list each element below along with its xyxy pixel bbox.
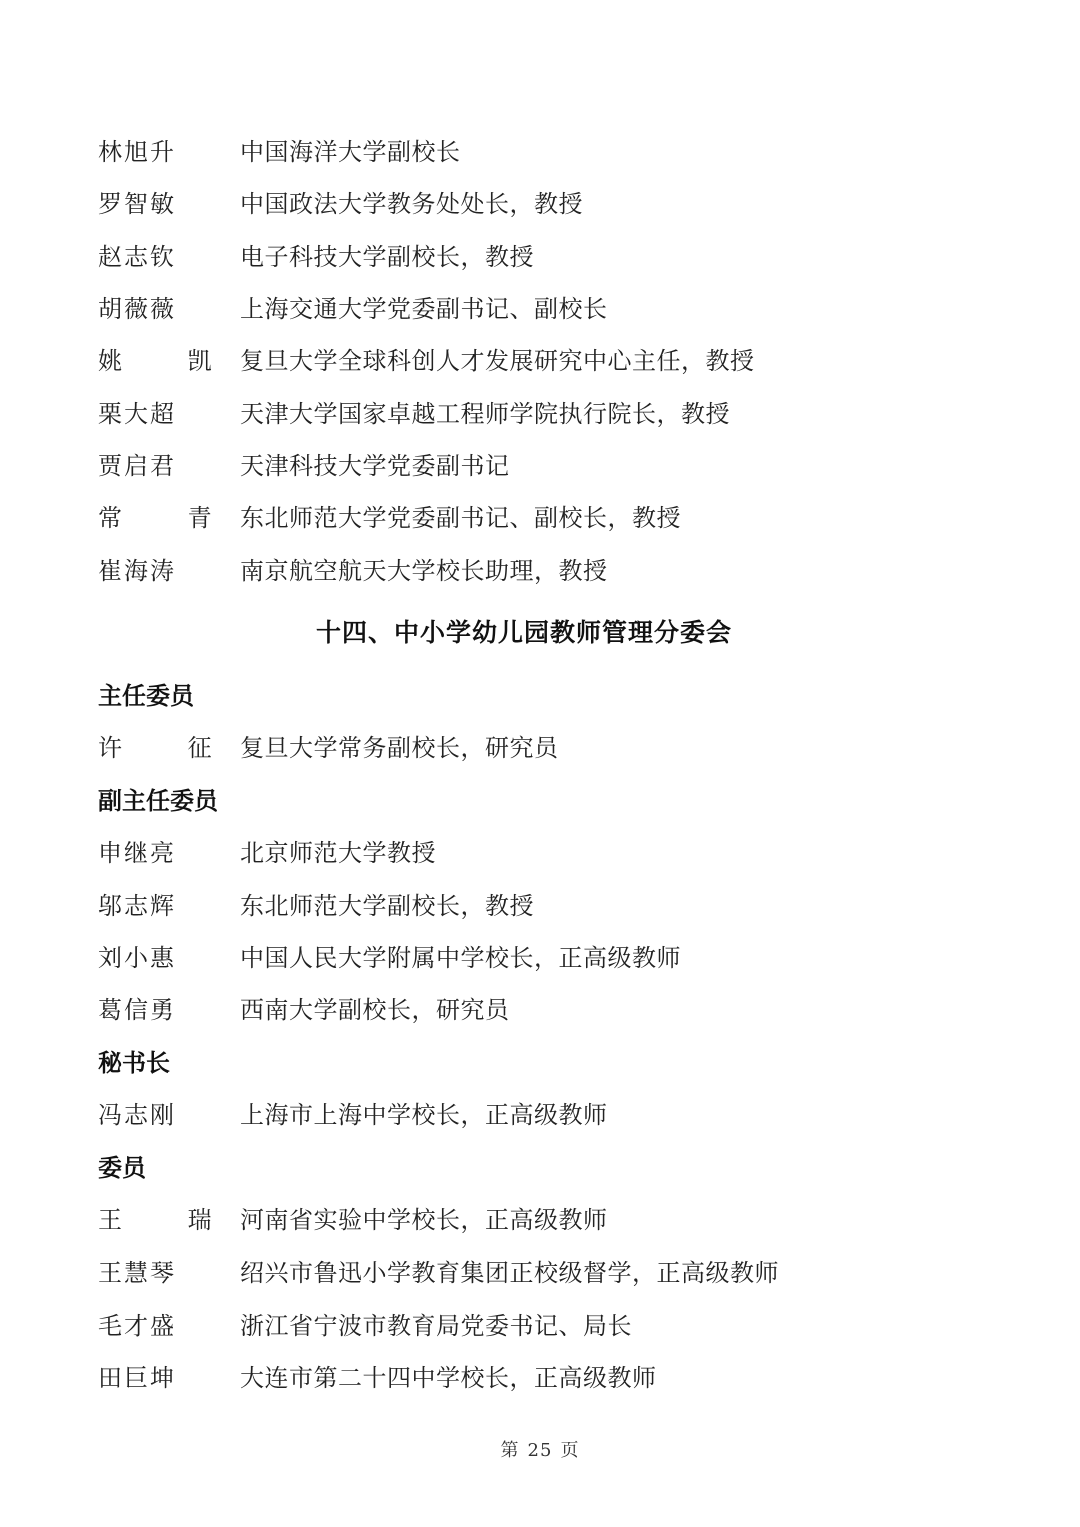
deputy-row: 申继亮 北京师范大学教授 — [98, 833, 436, 873]
member-row: 贾启君 天津科技大学党委副书记 — [98, 446, 510, 486]
member-row: 罗智敏 中国政法大学教务处处长，教授 — [98, 184, 583, 224]
member-row: 赵志钦 电子科技大学副校长，教授 — [98, 237, 534, 277]
member-name: 申继亮 — [98, 833, 240, 873]
member-name: 田巨坤 — [98, 1358, 240, 1398]
group-label-secretary: 秘书长 — [98, 1043, 170, 1083]
member-name: 赵志钦 — [98, 237, 240, 277]
deputy-row: 邬志辉 东北师范大学副校长，教授 — [98, 886, 534, 926]
member-row: 崔海涛 南京航空航天大学校长助理，教授 — [98, 551, 608, 591]
member-name: 葛信勇 — [98, 990, 240, 1030]
member-name: 王 瑞 — [98, 1200, 240, 1240]
member-name: 邬志辉 — [98, 886, 240, 926]
director-row: 许 征 复旦大学常务副校长，研究员 — [98, 728, 559, 768]
member-name: 冯志刚 — [98, 1095, 240, 1135]
member-name: 许 征 — [98, 728, 240, 768]
member-name: 林旭升 — [98, 132, 240, 172]
member-role: 复旦大学全球科创人才发展研究中心主任，教授 — [240, 341, 755, 381]
member-row: 王 瑞 河南省实验中学校长，正高级教师 — [98, 1200, 608, 1240]
secretary-row: 冯志刚 上海市上海中学校长，正高级教师 — [98, 1095, 608, 1135]
page-suffix: 页 — [560, 1440, 579, 1461]
member-name: 常 青 — [98, 498, 240, 538]
member-row: 田巨坤 大连市第二十四中学校长，正高级教师 — [98, 1358, 657, 1398]
member-role: 中国海洋大学副校长 — [240, 132, 461, 172]
member-name: 姚 凯 — [98, 341, 240, 381]
member-row: 姚 凯 复旦大学全球科创人才发展研究中心主任，教授 — [98, 341, 755, 381]
member-role: 中国政法大学教务处处长，教授 — [240, 184, 583, 224]
member-row: 栗大超 天津大学国家卓越工程师学院执行院长，教授 — [98, 394, 730, 434]
member-role: 天津大学国家卓越工程师学院执行院长，教授 — [240, 394, 730, 434]
member-role: 上海交通大学党委副书记、副校长 — [240, 289, 608, 329]
member-role: 北京师范大学教授 — [240, 833, 436, 873]
member-name: 罗智敏 — [98, 184, 240, 224]
member-row: 常 青 东北师范大学党委副书记、副校长，教授 — [98, 498, 681, 538]
member-role: 大连市第二十四中学校长，正高级教师 — [240, 1358, 657, 1398]
member-role: 绍兴市鲁迅小学教育集团正校级督学，正高级教师 — [240, 1253, 779, 1293]
member-name: 王慧琴 — [98, 1253, 240, 1293]
page-prefix: 第 — [501, 1440, 520, 1461]
page-footer: 第25页 — [0, 1436, 1080, 1462]
deputy-row: 葛信勇 西南大学副校长，研究员 — [98, 990, 510, 1030]
member-role: 东北师范大学党委副书记、副校长，教授 — [240, 498, 681, 538]
document-page: 林旭升 中国海洋大学副校长 罗智敏 中国政法大学教务处处长，教授 赵志钦 电子科… — [0, 0, 1080, 1527]
member-row: 毛才盛 浙江省宁波市教育局党委书记、局长 — [98, 1306, 632, 1346]
member-name: 毛才盛 — [98, 1306, 240, 1346]
member-name: 崔海涛 — [98, 551, 240, 591]
member-role: 中国人民大学附属中学校长，正高级教师 — [240, 938, 681, 978]
member-role: 河南省实验中学校长，正高级教师 — [240, 1200, 608, 1240]
member-row: 林旭升 中国海洋大学副校长 — [98, 132, 461, 172]
deputy-row: 刘小惠 中国人民大学附属中学校长，正高级教师 — [98, 938, 681, 978]
member-role: 东北师范大学副校长，教授 — [240, 886, 534, 926]
page-number: 25 — [528, 1440, 553, 1461]
member-name: 刘小惠 — [98, 938, 240, 978]
member-name: 栗大超 — [98, 394, 240, 434]
group-label-members: 委员 — [98, 1148, 146, 1188]
group-label-director: 主任委员 — [98, 676, 194, 716]
member-role: 电子科技大学副校长，教授 — [240, 237, 534, 277]
group-label-deputy: 副主任委员 — [98, 781, 218, 821]
member-role: 复旦大学常务副校长，研究员 — [240, 728, 559, 768]
member-role: 西南大学副校长，研究员 — [240, 990, 510, 1030]
member-role: 浙江省宁波市教育局党委书记、局长 — [240, 1306, 632, 1346]
section-title: 十四、中小学幼儿园教师管理分委会 — [98, 613, 950, 653]
member-row: 胡薇薇 上海交通大学党委副书记、副校长 — [98, 289, 608, 329]
member-role: 天津科技大学党委副书记 — [240, 446, 510, 486]
member-role: 南京航空航天大学校长助理，教授 — [240, 551, 608, 591]
member-name: 胡薇薇 — [98, 289, 240, 329]
member-row: 王慧琴 绍兴市鲁迅小学教育集团正校级督学，正高级教师 — [98, 1253, 779, 1293]
member-role: 上海市上海中学校长，正高级教师 — [240, 1095, 608, 1135]
member-name: 贾启君 — [98, 446, 240, 486]
